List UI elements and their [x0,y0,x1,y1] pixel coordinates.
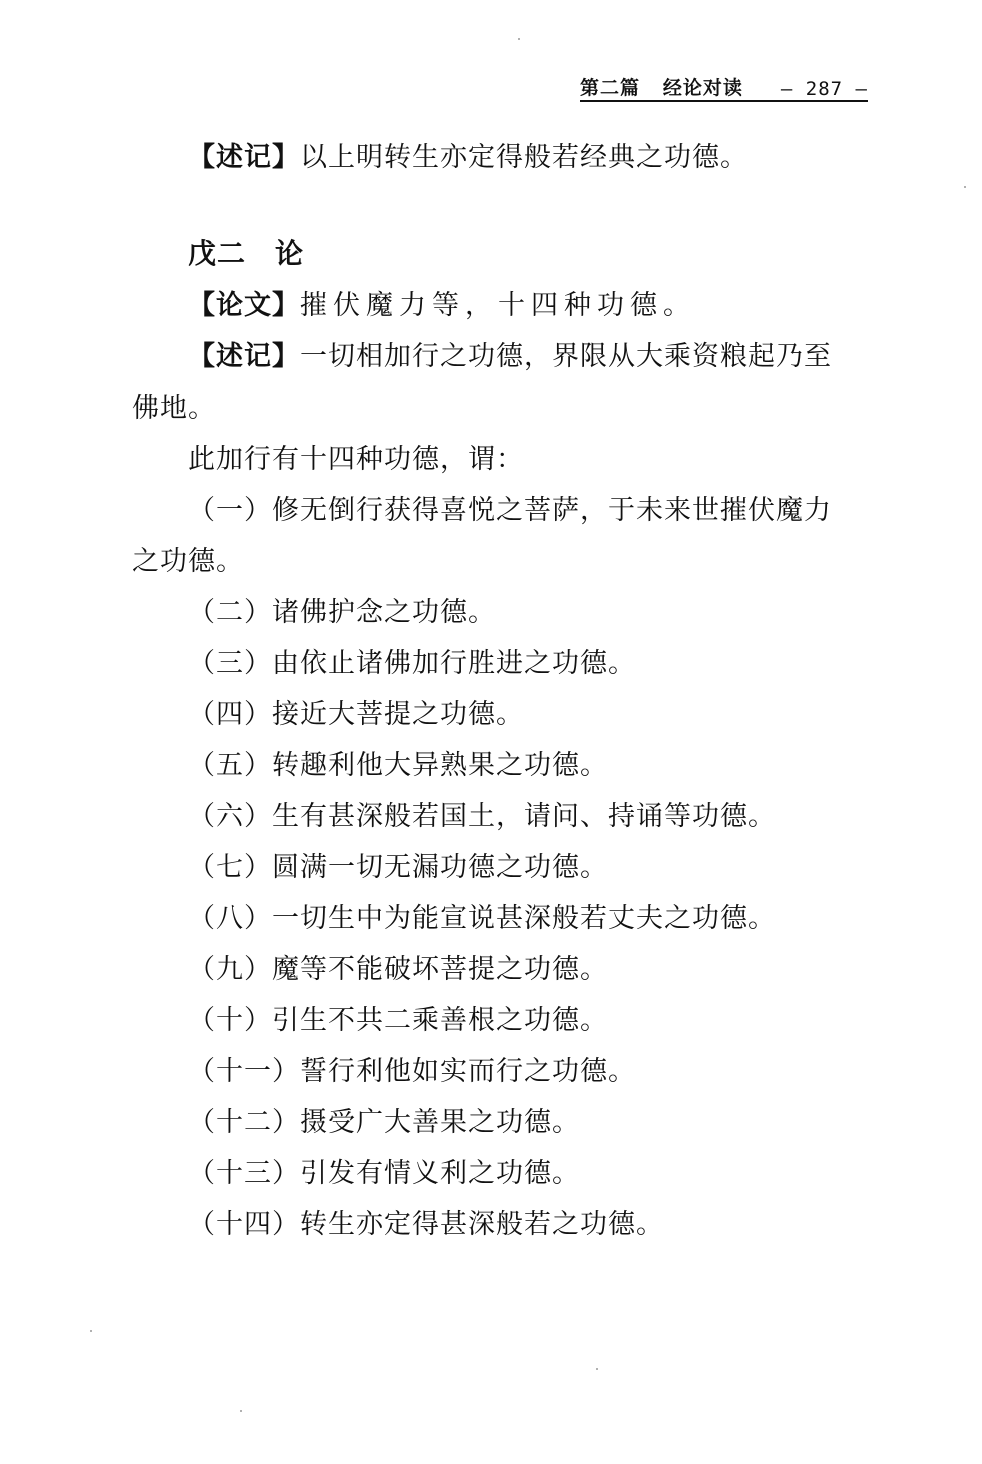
paragraph-text: 以上明转生亦定得般若经典之功德。 [300,142,748,173]
shuji-tag: 【述记】 [188,341,300,372]
list-item: （十二）摄受广大善果之功德。 [188,1107,580,1139]
paragraph-text: 一切相加行之功德，界限从大乘资粮起乃至 [300,341,832,372]
scan-speck [964,186,966,188]
list-item: （十四）转生亦定得甚深般若之功德。 [188,1209,664,1241]
list-item: （六）生有甚深般若国土，请问、持诵等功德。 [188,801,776,833]
lunwen-text: 摧伏魔力等，十四种功德。 [300,290,696,321]
header-title: 第二篇 经论对读 [580,73,743,100]
list-item-1-line2: 之功德。 [132,546,244,578]
list-item: （七）圆满一切无漏功德之功德。 [188,852,608,884]
section-heading: 戊二 论 [188,238,304,270]
list-item: （三）由依止诸佛加行胜进之功德。 [188,648,636,680]
list-item: （五）转趣利他大异熟果之功德。 [188,750,608,782]
scan-speck [518,38,520,40]
scan-speck [90,1330,92,1332]
list-item: （十）引生不共二乘善根之功德。 [188,1005,608,1037]
scan-speck [596,1368,598,1370]
list-item: （八）一切生中为能宣说甚深般若丈夫之功德。 [188,903,776,935]
paragraph-shuji-1: 【述记】以上明转生亦定得般若经典之功德。 [188,142,748,174]
list-item: （二）诸佛护念之功德。 [188,597,496,629]
list-item: （十三）引发有情义利之功德。 [188,1158,580,1190]
scan-speck [240,1410,242,1412]
list-item: （四）接近大菩提之功德。 [188,699,524,731]
shuji-tag: 【述记】 [188,142,300,173]
intro-line: 此加行有十四种功德，谓： [188,444,524,476]
list-item: （九）魔等不能破坏菩提之功德。 [188,954,608,986]
paragraph-shuji-2-line2: 佛地。 [132,393,216,425]
paragraph-shuji-2-line1: 【述记】一切相加行之功德，界限从大乘资粮起乃至 [188,341,832,373]
lunwen-tag: 【论文】 [188,290,300,321]
paragraph-lunwen: 【论文】摧伏魔力等，十四种功德。 [188,290,696,322]
section-label: 经论对读 [663,77,743,99]
page-number: — 287 — [781,78,868,100]
running-header: 第二篇 经论对读 — 287 — [580,74,868,102]
list-item-1-line1: （一）修无倒行获得喜悦之菩萨，于未来世摧伏魔力 [188,495,832,527]
chapter-label: 第二篇 [580,77,640,99]
list-item: （十一）誓行利他如实而行之功德。 [188,1056,636,1088]
